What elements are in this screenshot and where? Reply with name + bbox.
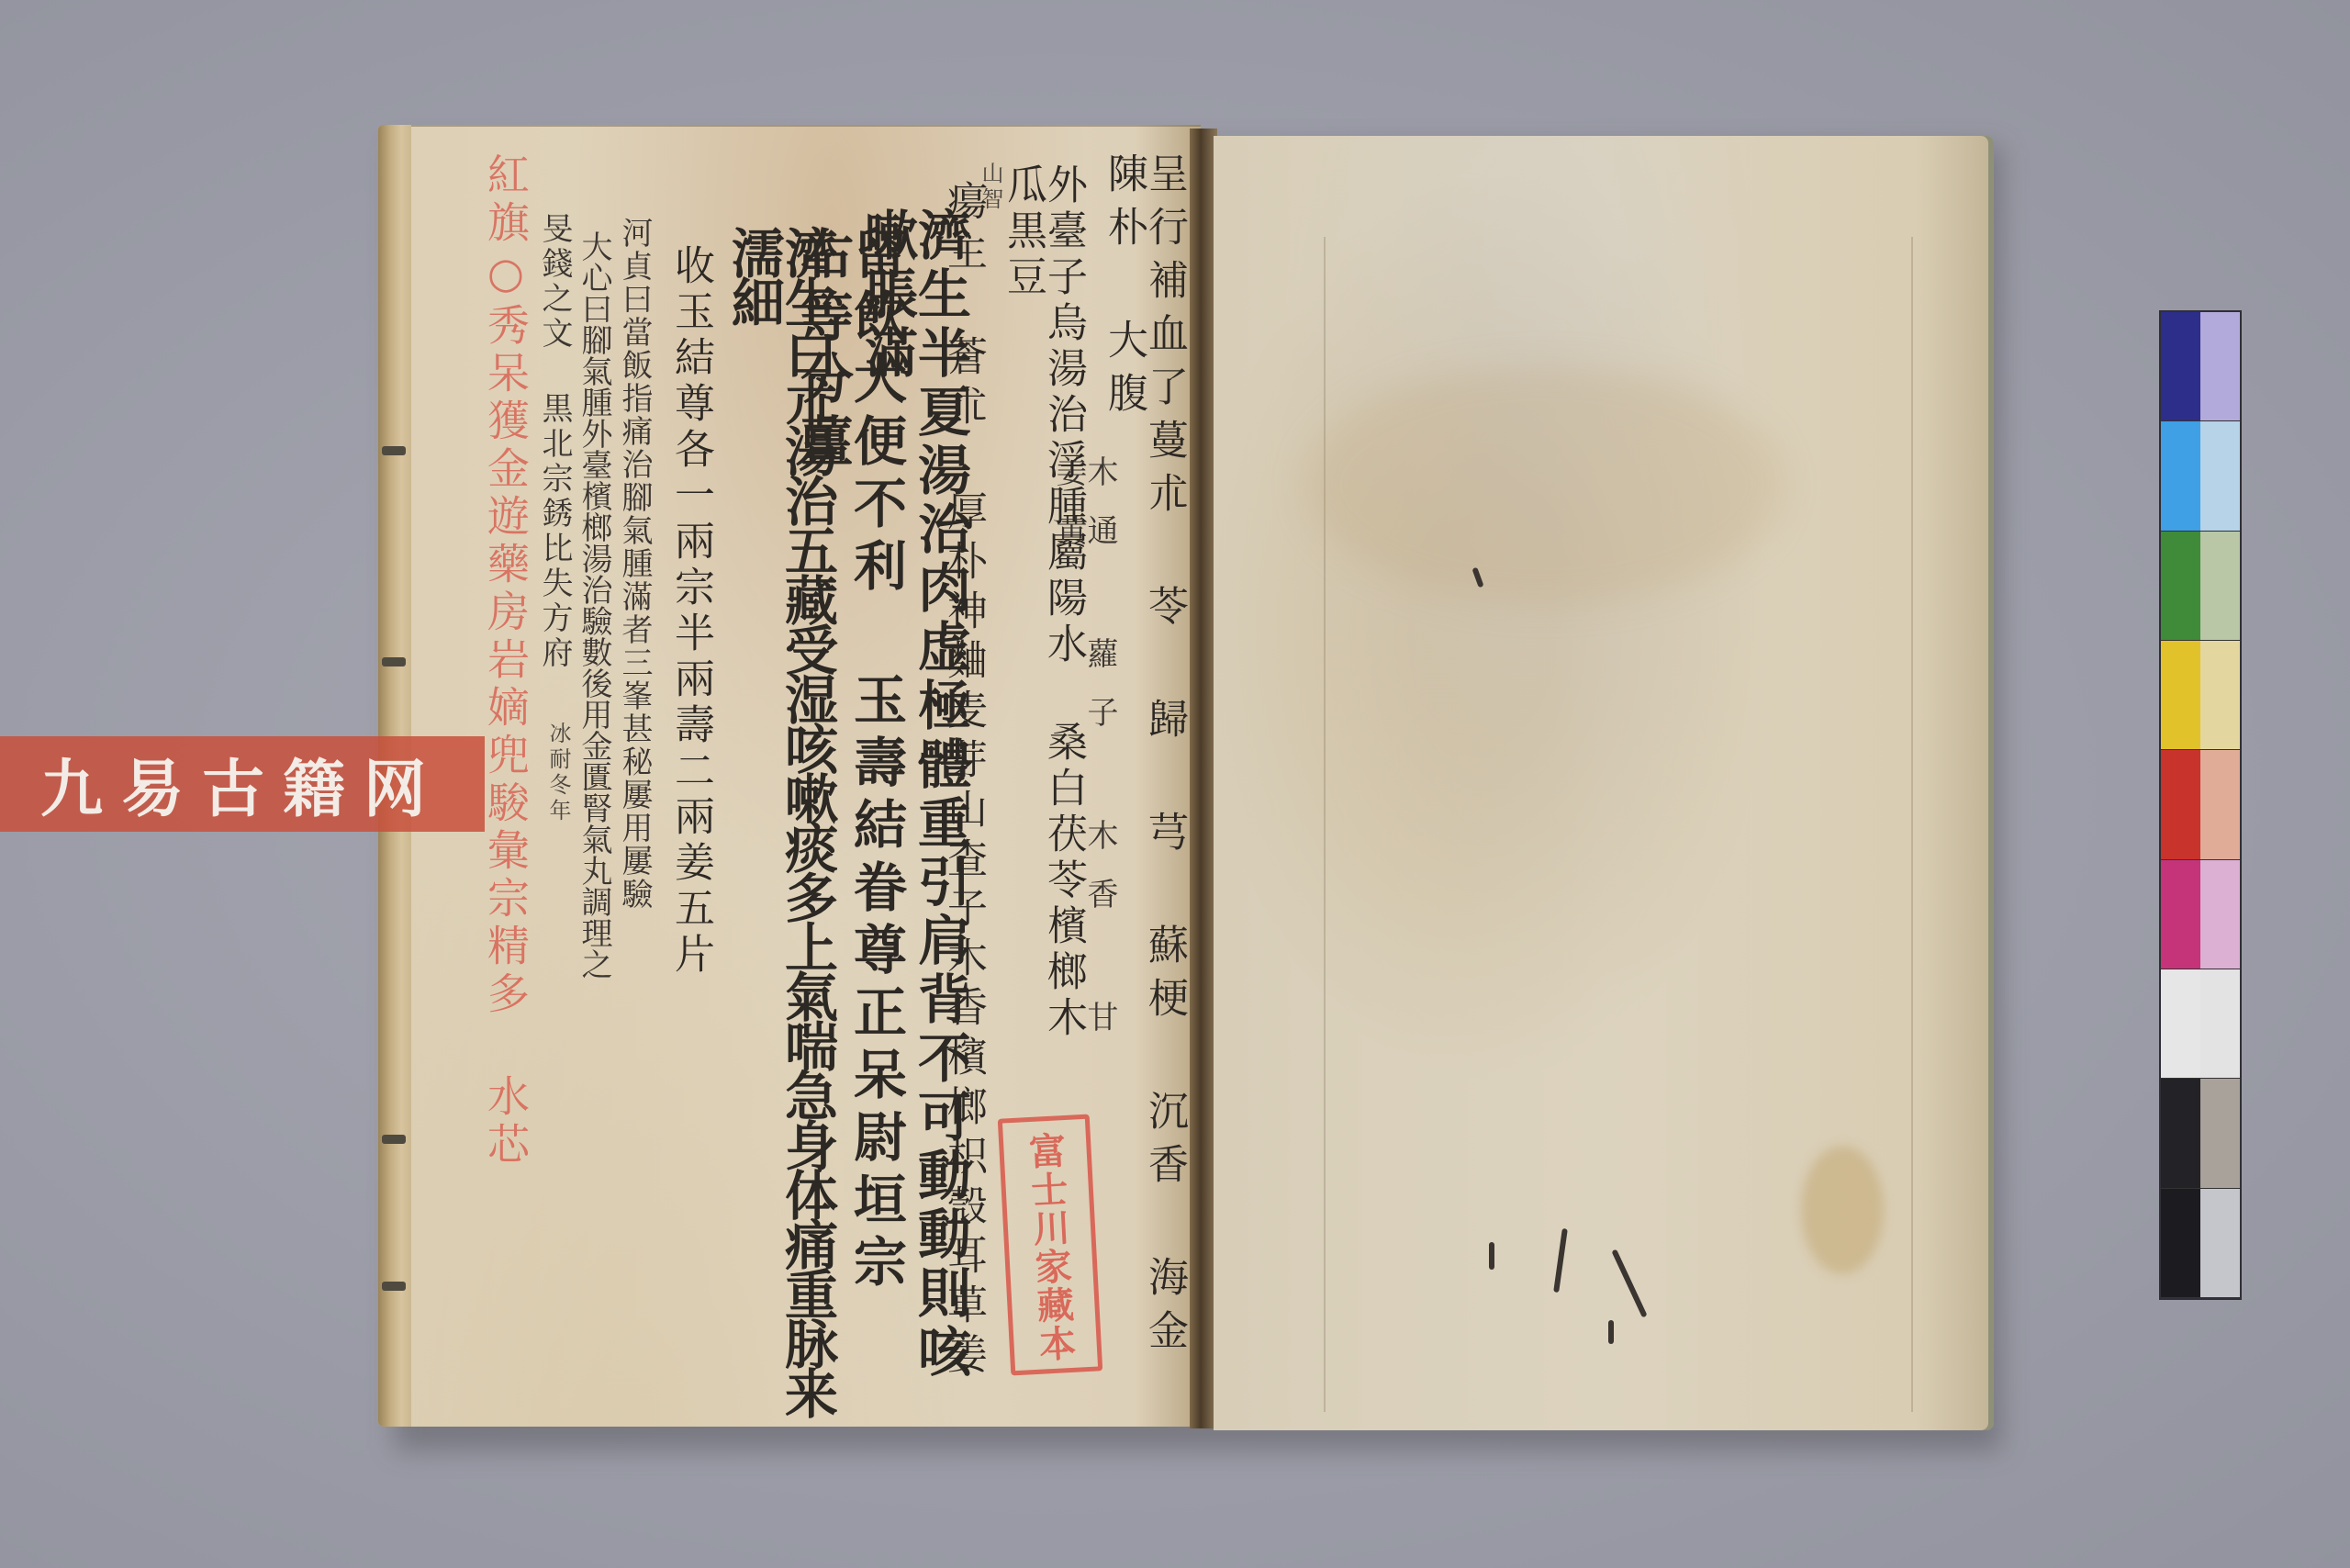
- color-swatch: [2161, 750, 2200, 859]
- wormhole-mark: [1553, 1228, 1568, 1293]
- seal-text: 富士川家藏本: [1025, 1131, 1074, 1364]
- wormhole-mark: [1608, 1320, 1614, 1344]
- color-swatch: [2161, 312, 2200, 421]
- right-page-blank: [1214, 136, 1994, 1430]
- ownership-seal: 富士川家藏本: [998, 1114, 1103, 1376]
- water-stain: [1801, 1146, 1884, 1274]
- color-swatch: [2161, 860, 2200, 969]
- color-swatch: [2200, 969, 2240, 1079]
- page-fold-line: [1911, 237, 1913, 1412]
- binding-stitch: [382, 1282, 406, 1291]
- watermark-text: 九易古籍网: [40, 740, 444, 829]
- color-swatch: [2161, 532, 2200, 641]
- text-column-2: 外臺子烏湯治浮腫屬陽水 桑白茯苓檳榔木瓜黒豆: [1002, 163, 1083, 1081]
- color-swatch: [2200, 1189, 2240, 1298]
- text-column-3-note: 山智: [979, 162, 1002, 213]
- binding-stitch: [382, 1135, 406, 1144]
- color-swatch: [2161, 421, 2200, 531]
- wormhole-mark: [1489, 1242, 1494, 1270]
- color-swatch: [2200, 750, 2240, 859]
- red-annotation-column: 紅旗○秀呆獲金遊藥房岩嫡兜駿彙宗精多 水芯: [485, 152, 527, 1208]
- binding-stitch: [382, 446, 406, 455]
- color-swatch: [2200, 532, 2240, 641]
- text-column-9: 大心曰腳氣腫外臺檳榔湯治驗數後用金匱腎氣丸調理之: [578, 230, 610, 1194]
- color-swatch: [2200, 641, 2240, 750]
- wormhole-mark: [1611, 1249, 1647, 1317]
- text-column-6: 濟生白朮湯治五藏受湿咳嗽痰多上氣喘急身体痛重脉来濡細: [727, 226, 834, 1419]
- water-stain: [1305, 365, 1783, 604]
- left-page: 呈行補血了蔓朮 苓 歸 芎 蘇梗 沉香 海金 陳朴 大腹 木通 蘿子 木香 甘 …: [378, 125, 1201, 1427]
- page-fold-line: [1324, 237, 1326, 1412]
- binding-stitch: [382, 657, 406, 666]
- site-watermark: 九易古籍网: [0, 736, 485, 832]
- color-calibration-chart: [2159, 310, 2242, 1300]
- color-swatch: [2161, 1079, 2200, 1188]
- color-swatch: [2200, 312, 2240, 421]
- text-column-8: 河貞曰當飯指痛治腳氣腫滿者三峯甚秘屢用屢驗: [619, 217, 650, 1135]
- color-swatch: [2161, 641, 2200, 750]
- color-swatch: [2200, 860, 2240, 969]
- color-swatch: [2161, 969, 2200, 1079]
- text-column-7: 收玉結尊各一兩宗半兩壽二兩姜五片: [670, 244, 711, 1070]
- open-manuscript-book: 呈行補血了蔓朮 苓 歸 芎 蘇梗 沉香 海金 陳朴 大腹 木通 蘿子 木香 甘 …: [378, 119, 1994, 1432]
- color-swatch: [2161, 1189, 2200, 1298]
- text-column-10-note: 冰耐冬年: [547, 722, 569, 824]
- color-swatch: [2200, 1079, 2240, 1188]
- color-swatch: [2200, 421, 2240, 531]
